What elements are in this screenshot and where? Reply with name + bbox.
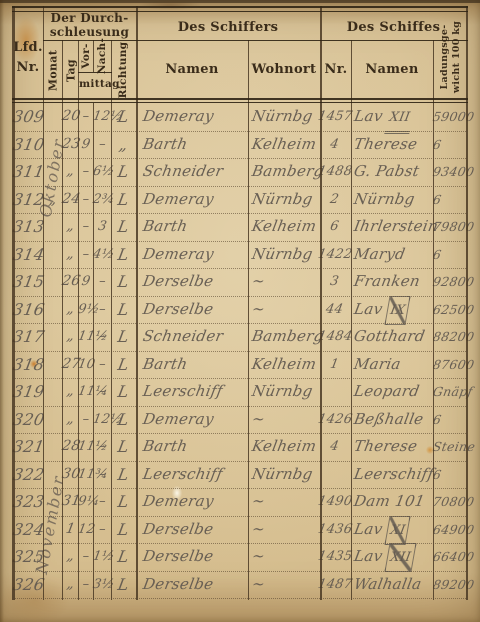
cell-schiffer-name: Demeray xyxy=(141,186,250,213)
table-row: 319 „ 11¼ – L Leerschiff Nürnbg Leopard … xyxy=(0,378,480,406)
row-separator-dotted xyxy=(13,131,466,132)
cell-schiffer-name: Derselbe xyxy=(141,296,250,323)
cell-schiff-name: Maria xyxy=(352,351,437,378)
cell-wohnort: Kelheim xyxy=(250,433,323,460)
cell-lfd-nr: 319 xyxy=(11,378,46,405)
cell-wohnort: Bamberg xyxy=(250,158,323,185)
table-row: 316 „ 9½ – L Derselbe ~ 44 Lav IX 62500 xyxy=(0,296,480,324)
col-header-monat: Monat xyxy=(47,41,60,101)
grid-hline xyxy=(12,98,468,100)
cell-richtung: L xyxy=(109,351,139,378)
cell-schiffer-name: Demeray xyxy=(141,241,250,268)
cell-schiffer-name: Demeray xyxy=(141,103,250,130)
group-header-des-schiffers: Des Schiffers xyxy=(136,20,320,35)
cell-lfd-nr: 325 xyxy=(11,543,46,570)
cell-schiff-name: Lav XII xyxy=(351,543,436,572)
grid-vline xyxy=(93,40,94,72)
grid-vline xyxy=(136,6,138,600)
row-separator-dotted xyxy=(13,296,466,297)
cell-schiffer-name: Derselbe xyxy=(141,516,250,543)
grid-vline xyxy=(466,6,468,600)
cell-schiffer-name: Barth xyxy=(141,131,250,158)
cell-schiff-name: Gotthard xyxy=(352,323,437,350)
grid-vline xyxy=(43,6,44,600)
row-separator-dotted xyxy=(13,241,466,242)
row-separator-dotted xyxy=(13,406,466,407)
table-row: 314 „ – 4½ L Demeray Nürnbg 1422 Maryd 6 xyxy=(0,241,480,269)
cell-richtung: L xyxy=(109,378,139,405)
table-row: 310 23 9 – „ Barth Kelheim 4 Therese 6 xyxy=(0,131,480,159)
row-separator-dotted xyxy=(13,598,466,599)
table-row: 311 „ – 6½ L Schneider Bamberg 1488 G. P… xyxy=(0,158,480,186)
schleusung-line1: Der Durch- xyxy=(43,11,136,25)
cell-schiffer-name: Leerschiff xyxy=(141,461,250,488)
grid-hline xyxy=(12,6,468,8)
cell-schiff-name: Leerschiff xyxy=(352,461,437,488)
lfd-line2: Nr. xyxy=(13,58,43,78)
table-row: 312 „ 24 – 2¾ L Demeray Nürnbg 2 Nürnbg … xyxy=(0,186,480,214)
grid-vline xyxy=(12,6,15,600)
cell-lfd-nr: 312 xyxy=(11,186,46,213)
cell-schiffer-name: Derselbe xyxy=(141,571,250,598)
cell-lfd-nr: 315 xyxy=(11,268,46,295)
cell-richtung: L xyxy=(109,543,139,570)
col-header-schiffer-namen: Namen xyxy=(136,62,248,77)
cell-lfd-nr: 310 xyxy=(11,131,46,158)
cell-richtung: L xyxy=(109,103,139,130)
cell-wohnort: ~ xyxy=(250,268,323,295)
cell-richtung: L xyxy=(109,296,139,323)
cell-wohnort: ~ xyxy=(250,296,323,323)
row-separator-dotted xyxy=(13,433,466,434)
ship-roman-numeral: XII xyxy=(385,543,417,572)
cell-lfd-nr: 316 xyxy=(11,296,46,323)
cell-richtung: L xyxy=(109,323,139,350)
ladung-line2: wicht 100 kg xyxy=(451,14,463,100)
grid-hline xyxy=(43,40,468,41)
cell-schiffer-name: Leerschiff xyxy=(141,378,250,405)
grid-hline xyxy=(12,102,468,103)
row-separator-dotted xyxy=(13,488,466,489)
row-separator-dotted xyxy=(13,268,466,269)
grid-hline xyxy=(78,72,112,73)
cell-wohnort: ~ xyxy=(250,543,323,570)
col-header-mittag: mittag xyxy=(79,78,111,90)
cell-schiff-name: Maryd xyxy=(352,241,437,268)
cell-schiff-name: Nürnbg xyxy=(352,186,437,213)
cell-lfd-nr: 318 xyxy=(11,351,46,378)
cell-schiff-name: Ihrlerstein xyxy=(352,213,437,240)
ship-roman-numeral: XII xyxy=(385,104,415,134)
cell-schiff-name: Beßhalle xyxy=(352,406,437,433)
cell-schiffer-name: Schneider xyxy=(141,323,250,350)
cell-lfd-nr: 314 xyxy=(11,241,46,268)
cell-schiff-name: G. Pabst xyxy=(352,158,437,185)
col-header-schiff-namen: Namen xyxy=(351,62,433,77)
cell-lfd-nr: 313 xyxy=(11,213,46,240)
cell-schiffer-name: Demeray xyxy=(141,488,250,515)
cell-lfd-nr: 309 xyxy=(11,103,46,130)
cell-lfd-nr: 320 xyxy=(11,406,46,433)
ladung-line1: Ladungsge- xyxy=(439,14,451,100)
table-row: 326 „ – 3½ L Derselbe ~ 1487 Walhalla 89… xyxy=(0,571,480,599)
cell-schiff-name: Lav XII xyxy=(351,103,436,134)
cell-richtung: L xyxy=(109,461,139,488)
cell-schiffer-name: Derselbe xyxy=(141,268,250,295)
table-row: 318 27 10 – L Barth Kelheim 1 Maria 8760… xyxy=(0,351,480,379)
row-separator-dotted xyxy=(13,543,466,544)
cell-wohnort: Kelheim xyxy=(250,131,323,158)
cell-schiff-name: Lav XI xyxy=(351,516,436,545)
cell-lfd-nr: 321 xyxy=(11,433,46,460)
cell-lfd-nr: 311 xyxy=(11,158,46,185)
col-header-richtung: Richtung xyxy=(117,40,129,100)
cell-wohnort: ~ xyxy=(250,406,323,433)
cell-richtung: L xyxy=(109,158,139,185)
table-row: 309 20 – 12½ L Demeray Nürnbg 1457 Lav X… xyxy=(0,103,480,131)
row-separator-dotted xyxy=(13,186,466,187)
table-row: 323 31 9¼ – L Demeray ~ 1490 Dam 101 708… xyxy=(0,488,480,516)
cell-wohnort: Kelheim xyxy=(250,213,323,240)
grid-hline xyxy=(12,11,468,12)
cell-richtung: L xyxy=(109,186,139,213)
cell-richtung: L xyxy=(109,241,139,268)
col-header-ladungsgewicht: Ladungsge- wicht 100 kg xyxy=(439,14,463,100)
grid-vline xyxy=(320,6,322,600)
row-separator-dotted xyxy=(13,213,466,214)
cell-lfd-nr: 322 xyxy=(11,461,46,488)
cell-richtung: L xyxy=(109,488,139,515)
table-row: 322 30 11¾ – L Leerschiff Nürnbg Leersch… xyxy=(0,461,480,489)
cell-schiff-name: Walhalla xyxy=(352,571,437,598)
row-separator-dotted xyxy=(13,378,466,379)
table-row: 325 „ – 1½ L Derselbe ~ 1435 Lav XII 664… xyxy=(0,543,480,571)
row-separator-dotted xyxy=(13,516,466,517)
cell-schiffer-name: Barth xyxy=(141,433,250,460)
cell-schiffer-name: Derselbe xyxy=(141,543,250,570)
cell-richtung: L xyxy=(109,213,139,240)
row-separator-dotted xyxy=(13,571,466,572)
cell-wohnort: ~ xyxy=(250,516,323,543)
cell-lfd-nr: 317 xyxy=(11,323,46,350)
cell-schiff-name: Franken xyxy=(352,268,437,295)
cell-richtung: L xyxy=(109,268,139,295)
cell-lfd-nr: 323 xyxy=(11,488,46,515)
scanned-ledger-page: { "header": { "lfd_line1": "Lfd.", "lfd_… xyxy=(0,0,480,622)
cell-schiffer-name: Demeray xyxy=(141,406,250,433)
cell-lfd-nr: 326 xyxy=(11,571,46,598)
cell-richtung: L xyxy=(109,571,139,598)
lfd-line1: Lfd. xyxy=(13,38,43,58)
cell-schiffer-name: Barth xyxy=(141,213,250,240)
row-separator-dotted xyxy=(13,351,466,352)
row-separator-dotted xyxy=(13,158,466,159)
cell-schiff-name: Lav IX xyxy=(351,296,436,325)
cell-schiff-name: Therese xyxy=(352,131,437,158)
table-row: 324 1 12 – L Derselbe ~ 1436 Lav XI 6490… xyxy=(0,516,480,544)
scan-top-edge xyxy=(0,0,480,3)
ship-roman-numeral: XI xyxy=(385,516,411,545)
cell-wohnort: ~ xyxy=(250,571,323,598)
cell-wohnort: Nürnbg xyxy=(250,241,323,268)
table-row: 315 26 9 – L Derselbe ~ 3 Franken 92800 xyxy=(0,268,480,296)
cell-richtung: L xyxy=(109,516,139,543)
cell-schiffer-name: Barth xyxy=(141,351,250,378)
cell-wohnort: Nürnbg xyxy=(250,461,323,488)
cell-lfd-nr: 324 xyxy=(11,516,46,543)
cell-schiffer-name: Schneider xyxy=(141,158,250,185)
cell-wohnort: Bamberg xyxy=(250,323,323,350)
table-row: 321 28 11½ – L Barth Kelheim 4 Therese S… xyxy=(0,433,480,461)
table-row: 313 „ – 3 L Barth Kelheim 6 Ihrlerstein … xyxy=(0,213,480,241)
ship-roman-numeral: IX xyxy=(385,296,411,325)
col-header-tag: Tag xyxy=(65,41,78,101)
table-row: 317 „ 11½ – L Schneider Bamberg 1484 Got… xyxy=(0,323,480,351)
grid-vline xyxy=(93,103,94,600)
col-header-schiff-nr: Nr. xyxy=(321,62,351,77)
row-separator-dotted xyxy=(13,461,466,462)
cell-richtung: L xyxy=(109,433,139,460)
cell-wohnort: Nürnbg xyxy=(250,103,323,130)
cell-wohnort: Kelheim xyxy=(250,351,323,378)
table-row: 320 „ – 12½ L Demeray ~ 1426 Beßhalle 6 xyxy=(0,406,480,434)
cell-wohnort: Nürnbg xyxy=(250,378,323,405)
cell-wohnort: ~ xyxy=(250,488,323,515)
row-separator-dotted xyxy=(13,323,466,324)
cell-schiff-name: Leopard xyxy=(352,378,437,405)
cell-richtung: L xyxy=(109,406,139,433)
col-header-wohnort: Wohnort xyxy=(248,62,320,77)
cell-schiff-name: Therese xyxy=(352,433,437,460)
cell-richtung: „ xyxy=(109,131,139,158)
col-header-lfd-nr: Lfd. Nr. xyxy=(13,38,43,78)
cell-schiff-name: Dam 101 xyxy=(352,488,437,515)
cell-wohnort: Nürnbg xyxy=(250,186,323,213)
